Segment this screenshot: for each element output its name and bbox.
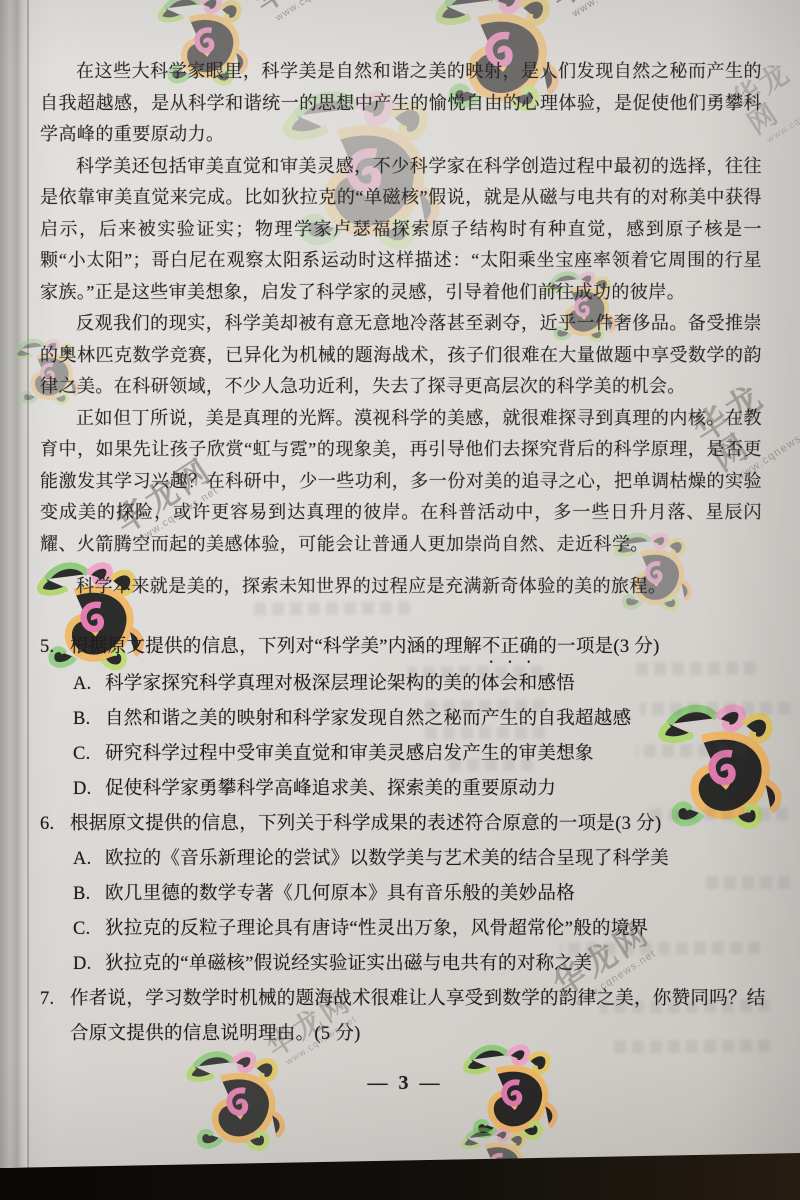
site-watermark-url: www.cqnews.net bbox=[563, 0, 659, 23]
question-5-option-c: C. 研究科学过程中受审美直觉和审美灵感启发产生的审美想象 bbox=[40, 737, 766, 772]
q5-stem-suffix: 的一项是(3 分) bbox=[538, 637, 659, 657]
site-watermark-url: www.cqnews.net bbox=[267, 0, 357, 27]
option-text: 狄拉克的反粒子理论具有唐诗“性灵出万象，风骨超常伦”般的境界 bbox=[105, 912, 766, 947]
page-stack-edge bbox=[0, 0, 28, 1168]
option-text: 科学家探究科学真理对极深层理论架构的美的体会和感悟 bbox=[105, 667, 766, 702]
question-6-option-a: A. 欧拉的《音乐新理论的尝试》以数学美与艺术美的结合呈现了科学美 bbox=[40, 842, 766, 877]
question-7-stem: 7. 作者说，学习数学时机械的题海战术很难让人享受到数学的韵律之美，你赞同吗？结… bbox=[40, 982, 766, 1052]
option-text: 研究科学过程中受审美直觉和审美灵感启发产生的审美想象 bbox=[105, 737, 766, 772]
site-watermark-url: www.cqnews.net bbox=[759, 91, 800, 147]
scanned-exam-page: 华龙网 www.cqnews.net 华龙网 www.cqnews.net 华龙… bbox=[0, 0, 800, 1170]
option-label: C. bbox=[73, 737, 105, 772]
q5-stem-emphasis: 不正确 bbox=[482, 637, 538, 657]
page-edge-line bbox=[27, 0, 29, 1168]
questions-section: 5. 根据原文提供的信息，下列对“科学美”内涵的理解不正确的一项是(3 分) A… bbox=[40, 630, 766, 1052]
question-5-number: 5. bbox=[40, 630, 70, 667]
option-label: D. bbox=[73, 772, 105, 807]
option-label: B. bbox=[73, 877, 105, 912]
page-number: — 3 — bbox=[0, 1072, 800, 1095]
option-text: 促使科学家勇攀科学高峰追求美、探索美的重要原动力 bbox=[105, 772, 766, 807]
question-6-option-c: C. 狄拉克的反粒子理论具有唐诗“性灵出万象，风骨超常伦”般的境界 bbox=[40, 912, 766, 947]
essay-paragraph: 正如但丁所说，美是真理的光辉。漠视科学的美感，就很难探寻到真理的内核。在教育中，… bbox=[40, 403, 762, 561]
question-6-text: 根据原文提供的信息，下列关于科学成果的表述符合原意的一项是(3 分) bbox=[70, 807, 766, 842]
question-6-stem: 6. 根据原文提供的信息，下列关于科学成果的表述符合原意的一项是(3 分) bbox=[40, 807, 766, 842]
site-watermark-name: 华龙网 bbox=[545, 0, 653, 13]
option-text: 欧几里德的数学专著《几何原本》具有音乐般的美妙品格 bbox=[105, 877, 766, 912]
essay-paragraph: 科学本来就是美的，探索未知世界的过程应是充满新奇体验的美的旅程。 bbox=[40, 571, 762, 603]
essay-paragraph: 反观我们的现实，科学美却被有意无意地冷落甚至剥夺，近乎一件奢侈品。备受推崇的奥林… bbox=[40, 308, 762, 403]
option-text: 狄拉克的“单磁核”假说经实验证实出磁与电共有的对称之美 bbox=[105, 947, 766, 982]
question-6-option-d: D. 狄拉克的“单磁核”假说经实验证实出磁与电共有的对称之美 bbox=[40, 947, 766, 982]
question-7-text: 作者说，学习数学时机械的题海战术很难让人享受到数学的韵律之美，你赞同吗？结合原文… bbox=[70, 982, 766, 1052]
question-7-number: 7. bbox=[40, 982, 70, 1052]
bleed-through-text bbox=[250, 601, 410, 615]
site-watermark: 华龙网 www.cqnews.net bbox=[250, 0, 357, 27]
question-5-stem: 5. 根据原文提供的信息，下列对“科学美”内涵的理解不正确的一项是(3 分) bbox=[40, 630, 766, 667]
q5-stem-prefix: 根据原文提供的信息，下列对“科学美”内涵的理解 bbox=[70, 637, 482, 657]
question-5-text: 根据原文提供的信息，下列对“科学美”内涵的理解不正确的一项是(3 分) bbox=[70, 630, 766, 667]
option-text: 欧拉的《音乐新理论的尝试》以数学美与艺术美的结合呈现了科学美 bbox=[105, 842, 766, 877]
option-label: C. bbox=[73, 912, 105, 947]
option-text: 自然和谐之美的映射和科学家发现自然之秘而产生的自我超越感 bbox=[105, 702, 766, 737]
essay-paragraph: 科学美还包括审美直觉和审美灵感，不少科学家在科学创造过程中最初的选择，往往是依靠… bbox=[40, 151, 762, 309]
question-5-option-a: A. 科学家探究科学真理对极深层理论架构的美的体会和感悟 bbox=[40, 667, 766, 702]
question-6-number: 6. bbox=[40, 807, 70, 842]
hualongwang-dragon-logo-watermark bbox=[178, 1038, 298, 1158]
option-label: A. bbox=[73, 842, 105, 877]
question-5-option-d: D. 促使科学家勇攀科学高峰追求美、探索美的重要原动力 bbox=[40, 772, 766, 807]
essay-body: 在这些大科学家眼里，科学美是自然和谐之美的映射，是人们发现自然之秘而产生的自我超… bbox=[40, 56, 762, 603]
hualongwang-dragon-logo-watermark bbox=[455, 1118, 540, 1200]
question-6-option-b: B. 欧几里德的数学专著《几何原本》具有音乐般的美妙品格 bbox=[40, 877, 766, 912]
site-watermark-name: 华龙网 bbox=[250, 0, 351, 17]
site-watermark: 华龙网 www.cqnews.net bbox=[545, 0, 660, 23]
question-5-option-b: B. 自然和谐之美的映射和科学家发现自然之秘而产生的自我超越感 bbox=[40, 702, 766, 737]
option-label: D. bbox=[73, 947, 105, 982]
option-label: A. bbox=[73, 667, 105, 702]
option-label: B. bbox=[73, 702, 105, 737]
essay-paragraph: 在这些大科学家眼里，科学美是自然和谐之美的映射，是人们发现自然之秘而产生的自我超… bbox=[40, 56, 762, 151]
